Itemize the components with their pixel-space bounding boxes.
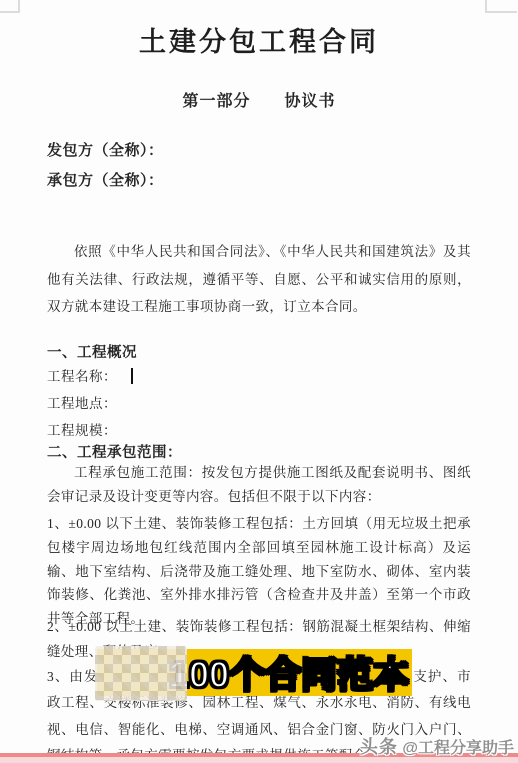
document-subtitle: 第一部分 协议书: [0, 88, 518, 111]
field-project-scale-label: 工程规模：: [47, 423, 117, 438]
page-corner-mark-right: [485, 0, 517, 13]
word-document-page: 土建分包工程合同 第一部分 协议书 发包方（全称）： 承包方（全称）： 依照《中…: [0, 0, 518, 763]
field-project-location-label: 工程地点：: [47, 396, 117, 411]
promo-banner-text: 100个合同范本: [169, 647, 409, 698]
field-project-scale: 工程规模：: [47, 417, 133, 444]
party-b-label: 承包方（全称）：: [47, 166, 164, 196]
page-corner-mark-left: [0, 0, 20, 13]
text-cursor: [131, 368, 133, 384]
section-1-heading: 一、工程概况: [47, 341, 137, 362]
project-overview-fields: 工程名称： 工程地点： 工程规模：: [47, 363, 133, 444]
section-2-heading: 二、工程承包范围：: [47, 441, 182, 462]
clause-3-prefix: 3、由发: [47, 669, 99, 684]
toutiao-logo: 头条: [360, 737, 398, 757]
field-project-name-label: 工程名称：: [47, 369, 117, 384]
field-project-location: 工程地点：: [47, 390, 133, 417]
document-title: 土建分包工程合同: [0, 20, 518, 59]
party-a-label: 发包方（全称）：: [47, 136, 164, 166]
contract-parties: 发包方（全称）： 承包方（全称）：: [47, 136, 164, 196]
toutiao-watermark: 头条 @工程分享助手: [360, 733, 514, 759]
mosaic-blur-patch: [95, 646, 187, 701]
field-project-name: 工程名称：: [47, 363, 133, 390]
contract-preamble: 依照《中华人民共和国合同法》、《中华人民共和国建筑法》及其他有关法律、行政法规，…: [47, 238, 471, 321]
scope-intro: 工程承包施工范围：按发包方提供施工图纸及配套说明书、图纸会审记录及设计变更等内容…: [47, 461, 471, 508]
watermark-handle: @工程分享助手: [402, 740, 514, 757]
